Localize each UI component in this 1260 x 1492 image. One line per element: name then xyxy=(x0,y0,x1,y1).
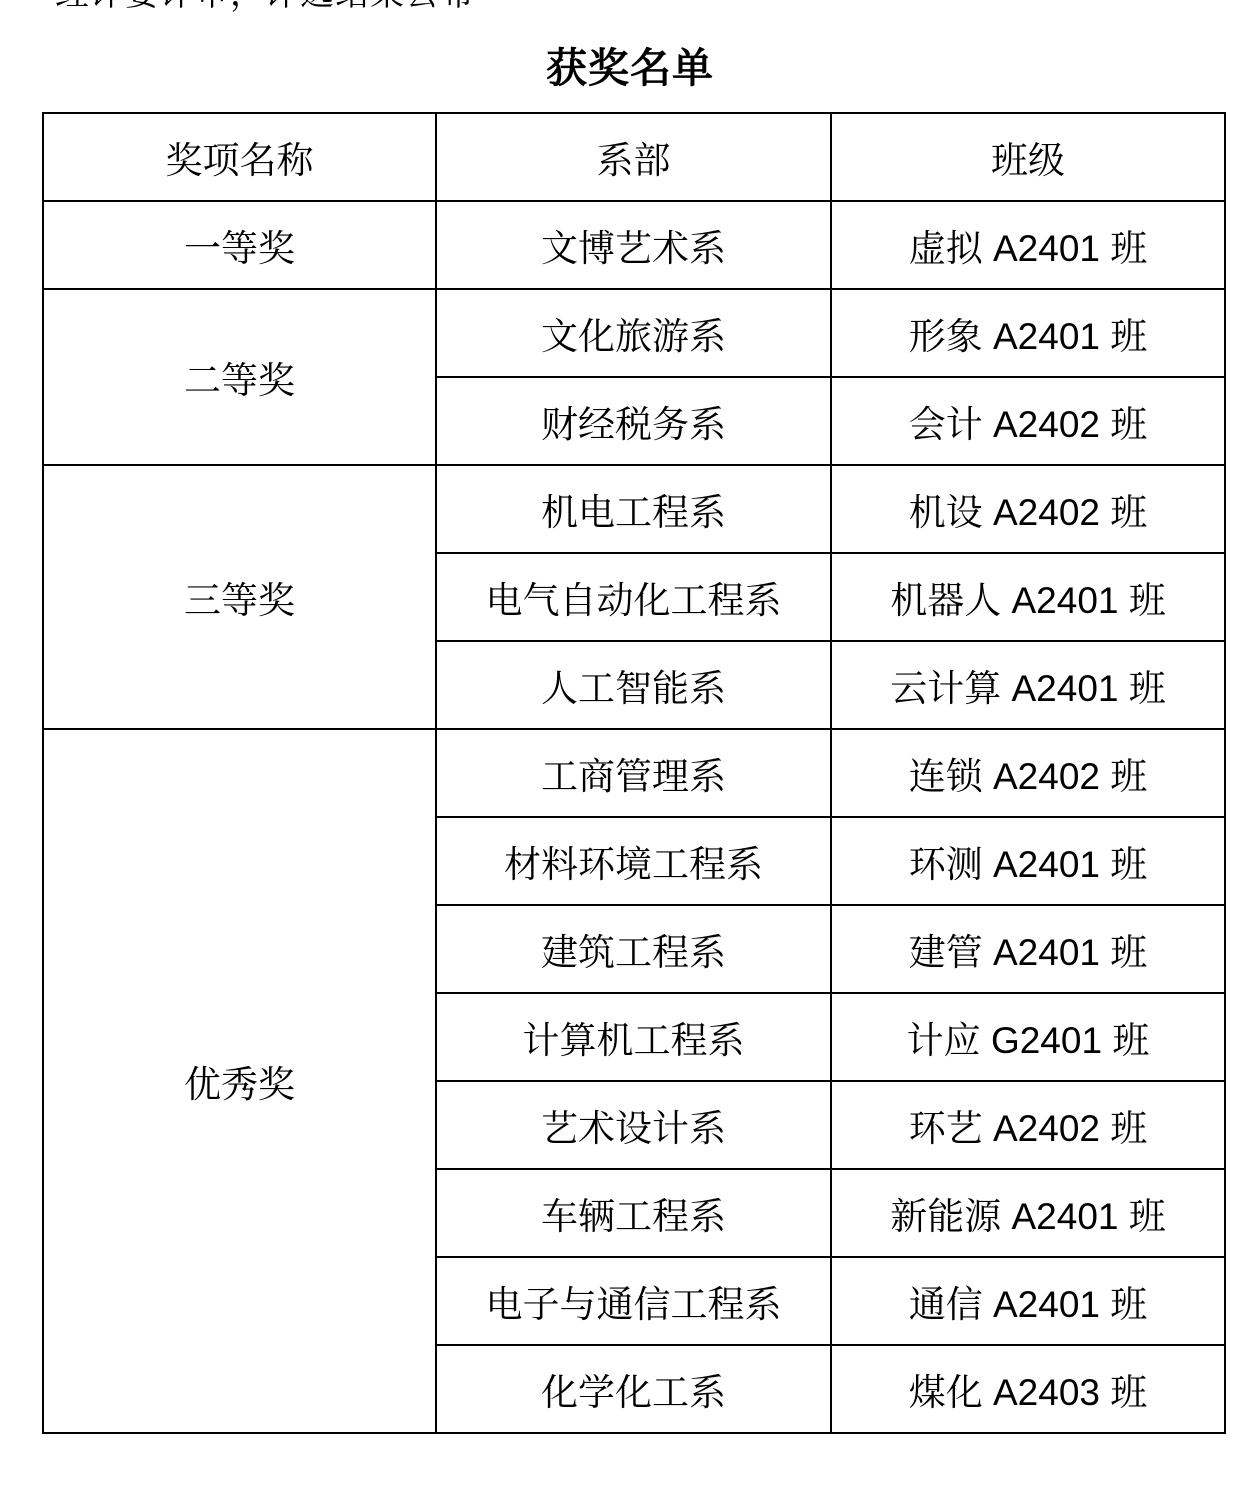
department-cell: 文博艺术系 xyxy=(436,201,831,289)
class-cell: 通信 A2401 班 xyxy=(831,1257,1225,1345)
department-cell: 车辆工程系 xyxy=(436,1169,831,1257)
class-cell: 连锁 A2402 班 xyxy=(831,729,1225,817)
awards-table-body: 一等奖文博艺术系虚拟 A2401 班二等奖文化旅游系形象 A2401 班财经税务… xyxy=(43,201,1225,1433)
class-cell: 云计算 A2401 班 xyxy=(831,641,1225,729)
award-cell: 一等奖 xyxy=(43,201,436,289)
class-cell: 机器人 A2401 班 xyxy=(831,553,1225,641)
department-cell: 计算机工程系 xyxy=(436,993,831,1081)
class-cell: 煤化 A2403 班 xyxy=(831,1345,1225,1433)
class-cell: 环测 A2401 班 xyxy=(831,817,1225,905)
class-cell: 会计 A2402 班 xyxy=(831,377,1225,465)
class-cell: 新能源 A2401 班 xyxy=(831,1169,1225,1257)
column-header-department: 系部 xyxy=(436,113,831,201)
awards-table-container: 奖项名称 系部 班级 一等奖文博艺术系虚拟 A2401 班二等奖文化旅游系形象 … xyxy=(42,112,1226,1434)
department-cell: 化学化工系 xyxy=(436,1345,831,1433)
department-cell: 工商管理系 xyxy=(436,729,831,817)
department-cell: 电气自动化工程系 xyxy=(436,553,831,641)
award-cell: 三等奖 xyxy=(43,465,436,729)
department-cell: 材料环境工程系 xyxy=(436,817,831,905)
department-cell: 艺术设计系 xyxy=(436,1081,831,1169)
department-cell: 财经税务系 xyxy=(436,377,831,465)
department-cell: 建筑工程系 xyxy=(436,905,831,993)
class-cell: 环艺 A2402 班 xyxy=(831,1081,1225,1169)
clipped-text-line: 经评委评审，评选结果公布如下 xyxy=(55,0,475,13)
class-cell: 计应 G2401 班 xyxy=(831,993,1225,1081)
header-row: 奖项名称 系部 班级 xyxy=(43,113,1225,201)
department-cell: 机电工程系 xyxy=(436,465,831,553)
department-cell: 电子与通信工程系 xyxy=(436,1257,831,1345)
page-title: 获奖名单 xyxy=(0,44,1260,92)
award-cell: 优秀奖 xyxy=(43,729,436,1433)
class-cell: 形象 A2401 班 xyxy=(831,289,1225,377)
department-cell: 文化旅游系 xyxy=(436,289,831,377)
awards-table: 奖项名称 系部 班级 一等奖文博艺术系虚拟 A2401 班二等奖文化旅游系形象 … xyxy=(42,112,1226,1434)
table-row: 一等奖文博艺术系虚拟 A2401 班 xyxy=(43,201,1225,289)
column-header-award: 奖项名称 xyxy=(43,113,436,201)
table-row: 二等奖文化旅游系形象 A2401 班 xyxy=(43,289,1225,377)
department-cell: 人工智能系 xyxy=(436,641,831,729)
awards-table-header: 奖项名称 系部 班级 xyxy=(43,113,1225,201)
class-cell: 机设 A2402 班 xyxy=(831,465,1225,553)
clipped-text-content: 经评委评审，评选结果公布如下 xyxy=(55,0,475,11)
table-row: 优秀奖工商管理系连锁 A2402 班 xyxy=(43,729,1225,817)
class-cell: 建管 A2401 班 xyxy=(831,905,1225,993)
column-header-class: 班级 xyxy=(831,113,1225,201)
class-cell: 虚拟 A2401 班 xyxy=(831,201,1225,289)
award-cell: 二等奖 xyxy=(43,289,436,465)
table-row: 三等奖机电工程系机设 A2402 班 xyxy=(43,465,1225,553)
